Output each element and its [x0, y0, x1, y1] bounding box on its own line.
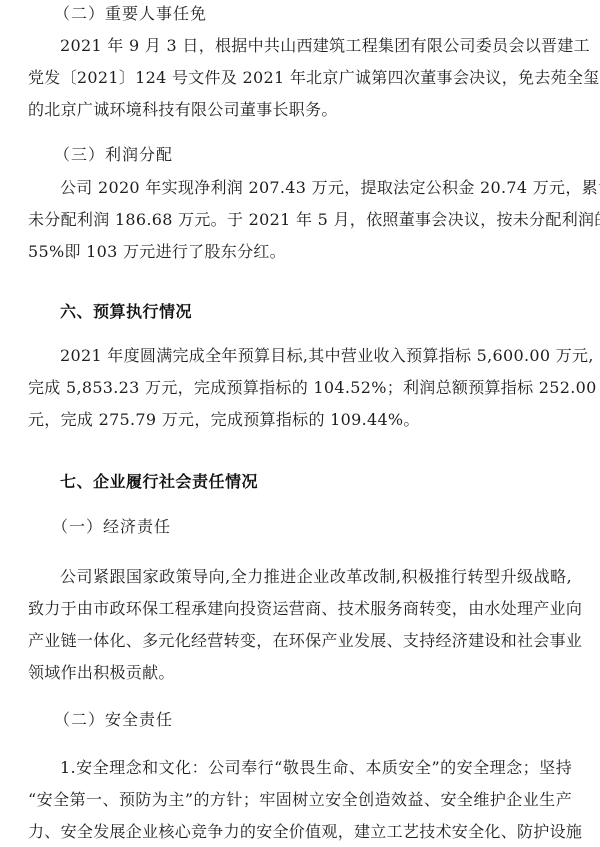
paragraph-line: 产业链一体化、多元化经营转变，在环保产业发展、支持经济建设和社会事业	[28, 631, 572, 651]
paragraph-line: 55%即 103 万元进行了股东分红。	[28, 242, 572, 262]
paragraph-line: 党发〔2021〕124 号文件及 2021 年北京广诚第四次董事会决议，免去苑全…	[28, 68, 572, 88]
subheading-personnel: （二）重要人事任免	[54, 4, 207, 24]
paragraph-line: 1.安全理念和文化：公司奉行“敬畏生命、本质安全”的安全理念；坚持	[60, 758, 572, 778]
paragraph-line: 2021 年度圆满完成全年预算目标,其中营业收入预算指标 5,600.00 万元…	[60, 346, 572, 366]
subheading-economic: （一）经济责任	[52, 517, 171, 537]
heading-social-responsibility: 七、企业履行社会责任情况	[60, 472, 258, 492]
paragraph-line: 力、安全发展企业核心竞争力的安全价值观，建立工艺技术安全化、防护设施	[28, 822, 572, 842]
paragraph-line: 2021 年 9 月 3 日，根据中共山西建筑工程集团有限公司委员会以晋建工	[60, 36, 572, 56]
subheading-safety: （二）安全责任	[54, 710, 173, 730]
paragraph-line: 完成 5,853.23 万元，完成预算指标的 104.52%；利润总额预算指标 …	[28, 378, 572, 398]
heading-budget: 六、预算执行情况	[60, 302, 192, 322]
subheading-profit: （三）利润分配	[54, 145, 173, 165]
paragraph-line: 元，完成 275.79 万元，完成预算指标的 109.44%。	[28, 410, 572, 430]
paragraph-line: 未分配利润 186.68 万元。于 2021 年 5 月，依照董事会决议，按未分…	[28, 210, 572, 230]
paragraph-line: “安全第一、预防为主”的方针；牢固树立安全创造效益、安全维护企业生产	[28, 790, 572, 810]
paragraph-line: 领域作出积极贡献。	[28, 663, 572, 683]
paragraph-line: 致力于由市政环保工程承建向投资运营商、技术服务商转变，由水处理产业向	[28, 599, 572, 619]
paragraph-line: 的北京广诚环境科技有限公司董事长职务。	[28, 100, 572, 120]
paragraph-line: 公司 2020 年实现净利润 207.43 万元，提取法定公积金 20.74 万…	[60, 178, 572, 198]
paragraph-line: 公司紧跟国家政策导向,全力推进企业改革改制,积极推行转型升级战略,	[60, 567, 572, 587]
